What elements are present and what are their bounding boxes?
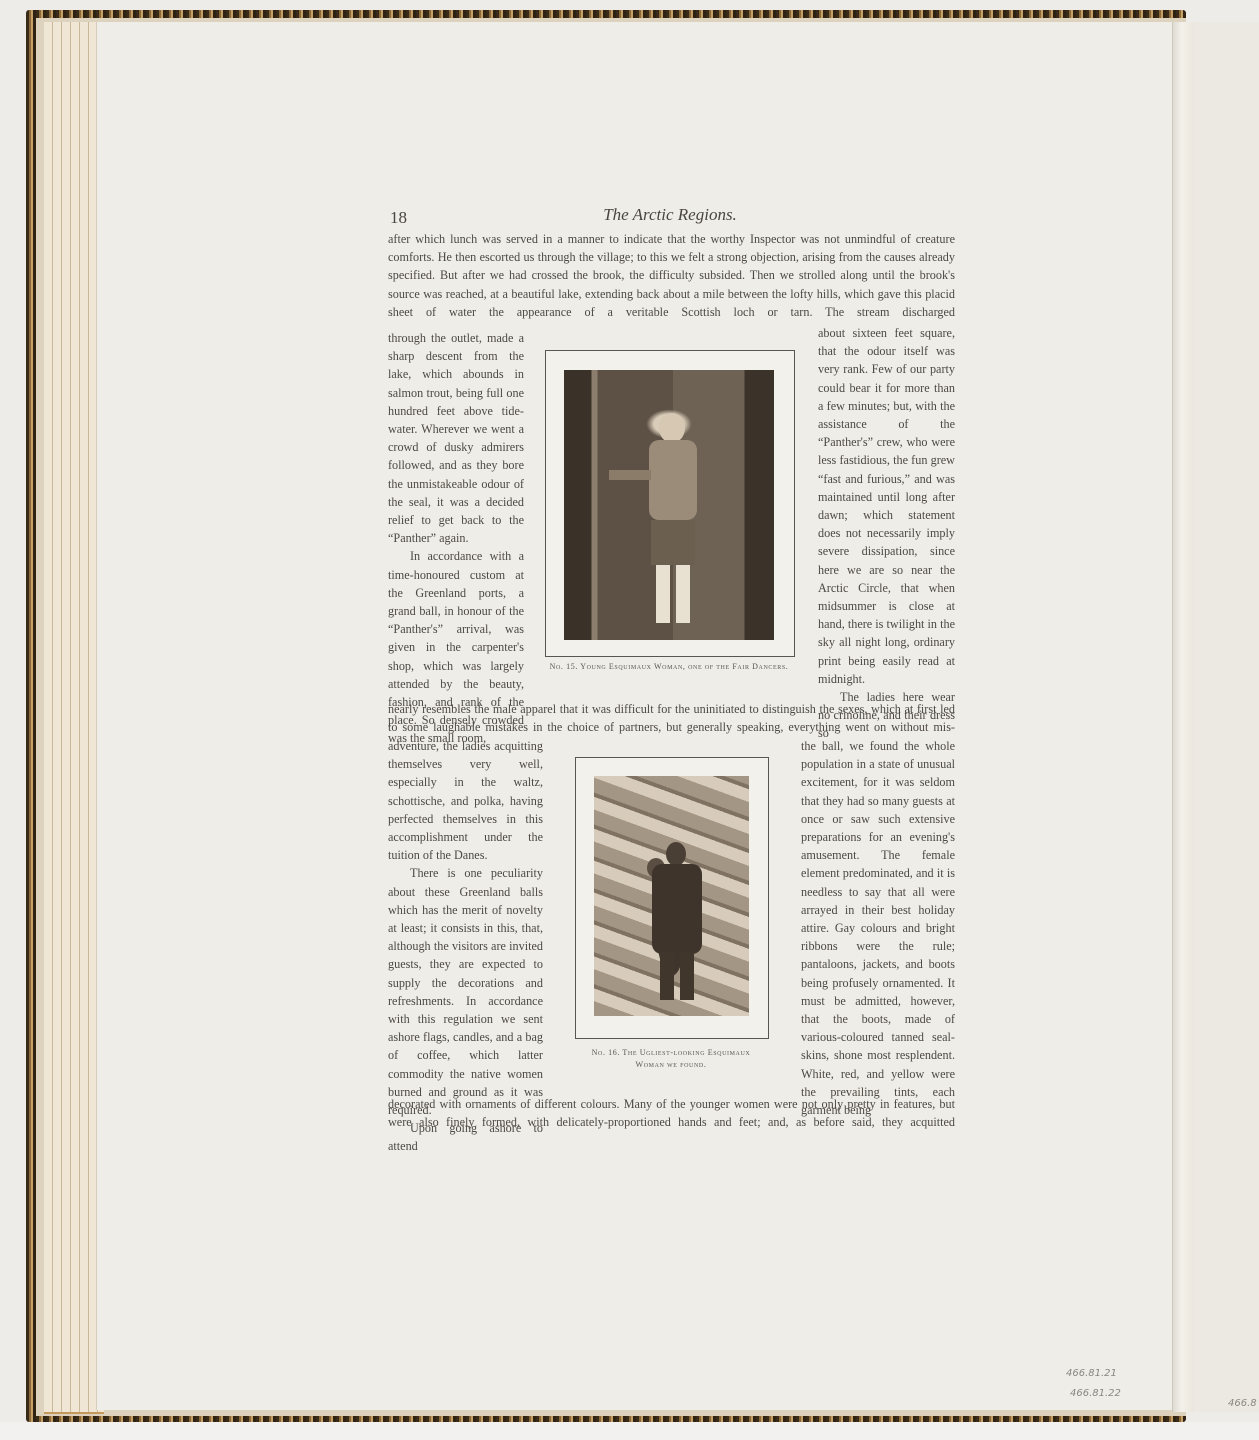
paragraph-text: There is one peculiarity about these Gre… <box>388 864 543 1119</box>
paragraph-text: through the outlet, made a sharp descent… <box>388 329 524 547</box>
accession-number: 466.81.21 <box>1066 1368 1117 1379</box>
running-title: The Arctic Regions. <box>560 205 780 225</box>
plate-15-caption: No. 15. Young Esquimaux Woman, one of th… <box>548 662 790 671</box>
page-number: 18 <box>390 208 407 228</box>
middle-paragraph: nearly resembles the male apparel that i… <box>388 700 955 736</box>
paragraph-text: the ball, we found the whole population … <box>801 737 955 1119</box>
figure-woman-with-child-icon <box>594 776 749 1016</box>
plate-16-frame <box>575 757 769 1039</box>
plate-16-photograph <box>594 776 749 1016</box>
paragraph-text: nearly resembles the male apparel that i… <box>388 700 955 736</box>
left-column-1: through the outlet, made a sharp descent… <box>388 329 524 748</box>
paragraph-text: after which lunch was served in a manner… <box>388 230 955 321</box>
plate-16-caption: No. 16. The Ugliest-looking Esquimaux Wo… <box>575 1048 767 1069</box>
caption-line: No. 16. The Ugliest-looking Esquimaux <box>575 1048 767 1057</box>
left-column-2: adventure, the ladies acquitting themsel… <box>388 737 543 1156</box>
gutter-leaf <box>1172 22 1195 1412</box>
paragraph-text: decorated with ornaments of different co… <box>388 1095 955 1131</box>
figure-woman-icon <box>564 370 774 640</box>
accession-number: 466.8 <box>1228 1398 1257 1409</box>
adjacent-page <box>1194 22 1259 1412</box>
right-column-2: the ball, we found the whole population … <box>801 737 955 1119</box>
accession-number: 466.81.22 <box>1070 1388 1121 1399</box>
plate-15-photograph <box>564 370 774 640</box>
page-edges <box>44 22 104 1414</box>
paragraph-text: about sixteen feet square, that the odou… <box>818 324 955 688</box>
paragraph-text: adventure, the ladies acquitting themsel… <box>388 737 543 864</box>
right-column-1: about sixteen feet square, that the odou… <box>818 324 955 743</box>
caption-line: Woman we found. <box>575 1060 767 1069</box>
plate-15-frame <box>545 350 795 657</box>
bottom-paragraph: decorated with ornaments of different co… <box>388 1095 955 1131</box>
top-paragraph: after which lunch was served in a manner… <box>388 230 955 321</box>
background-strip <box>0 1422 1259 1440</box>
